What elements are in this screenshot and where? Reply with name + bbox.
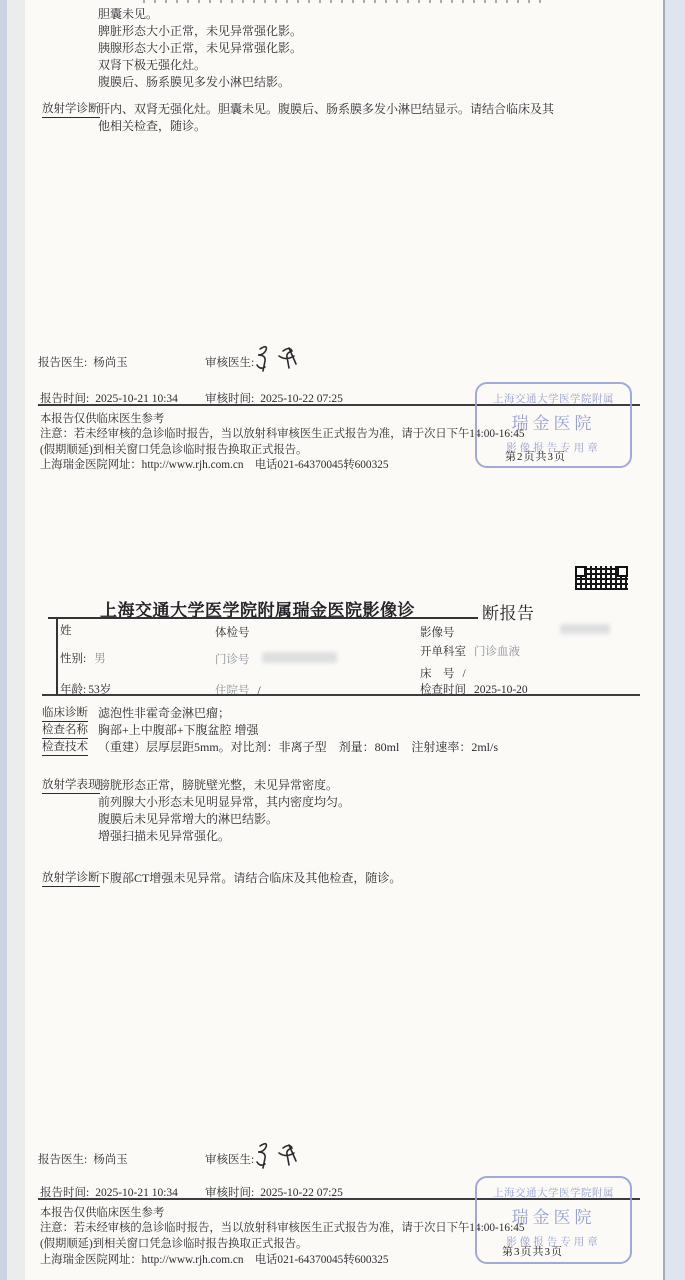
report-doctor-label: 报告医生: — [38, 357, 87, 369]
bed-label: 床 号 — [420, 668, 455, 680]
footer-note2: 注意：若未经审核的急诊临时报告，当以放射科审核医生正式报告为准，请于次日下午14… — [40, 425, 525, 441]
exam-no-label: 体检号 — [215, 624, 250, 640]
finding-line: 脾脏形态大小正常，未见异常强化影。 — [98, 22, 302, 39]
review-doctor-row: 审核医生: — [205, 1151, 254, 1167]
qr-finder-left — [575, 566, 586, 577]
diagnosis-text: 下腹部CT增强未见异常。请结合临床及其他检查，随诊。 — [98, 869, 401, 886]
dept-label: 开单科室 — [420, 646, 466, 658]
technique-label: 检查技术 — [42, 738, 88, 756]
photo-edge-right — [665, 0, 685, 1280]
finding-line: 胰腺形态大小正常，未见异常强化影。 — [98, 39, 302, 56]
stamp-line2: 瑞金医院 — [477, 409, 630, 434]
review-doctor-label: 审核医生: — [205, 1154, 254, 1166]
footer-note4: 上海瑞金医院网址：http://www.rjh.com.cn 电话021-643… — [40, 1251, 389, 1267]
gender-label: 性别: — [60, 653, 86, 665]
report-doctor-name: 杨尚玉 — [93, 357, 128, 369]
diagnosis-label: 放射学诊断 — [42, 869, 100, 887]
report-title-faded: 断报告 — [482, 599, 535, 624]
footer-note4: 上海瑞金医院网址：http://www.rjh.com.cn 电话021-643… — [40, 456, 389, 472]
outpatient-no-redacted-value — [262, 652, 337, 663]
image-no-redacted-value — [560, 624, 610, 634]
finding-line: 双肾下极无强化灶。 — [98, 56, 206, 73]
stamp-line2: 瑞金医院 — [477, 1203, 630, 1228]
outpatient-no-label: 门诊号 — [215, 651, 250, 667]
qr-code — [575, 566, 628, 590]
patient-name-label: 姓 — [60, 622, 72, 638]
footer-note3: (假期顺延)到相关窗口凭急诊临时报告换取正式报告。 — [40, 1235, 307, 1251]
page-number: 第3页共3页 — [502, 1243, 563, 1259]
bed-row: 床 号/ — [420, 665, 466, 681]
finding-line: 膀胱形态正常，膀胱壁光整，未见异常密度。 — [98, 776, 338, 793]
diagnosis-text-line1: 肝内、双肾无强化灶。胆囊未见。腹膜后、肠系膜多发小淋巴结显示。请结合临床及其 — [98, 100, 554, 117]
qr-finder-right — [617, 566, 628, 577]
report-doctor-row: 报告医生:杨尚玉 — [38, 1151, 128, 1167]
finding-line: 腹膜后未见异常增大的淋巴结影。 — [98, 810, 278, 827]
page-number: 第2页共3页 — [505, 448, 566, 464]
footer-note1: 本报告仅供临床医生参考 — [40, 1204, 164, 1220]
finding-line: 前列腺大小形态未见明显异常，其内密度均匀。 — [98, 793, 350, 810]
finding-line: 胆囊未见。 — [98, 5, 158, 22]
clipped-text-remnant — [143, 0, 543, 3]
diagnosis-label: 放射学诊断 — [42, 100, 100, 118]
report-doctor-name: 杨尚玉 — [93, 1154, 128, 1166]
diagnosis-text-line2: 他相关检查，随诊。 — [98, 117, 206, 134]
exam-name-label: 检查名称 — [42, 721, 88, 739]
bed-value: / — [463, 668, 466, 680]
report-doctor-row: 报告医生:杨尚玉 — [38, 354, 128, 370]
photo-edge-left — [0, 0, 7, 1280]
gender-value: 男 — [94, 653, 106, 665]
review-doctor-label: 审核医生: — [205, 357, 254, 369]
title-underline — [48, 617, 478, 619]
dept-value: 门诊血液 — [474, 646, 520, 658]
reviewer-signature — [250, 343, 308, 375]
report-paper — [25, 0, 663, 1280]
finding-line: 增强扫描未见异常强化。 — [98, 827, 230, 844]
image-no-label: 影像号 — [420, 624, 455, 640]
header-bottom-border — [42, 694, 640, 696]
exam-name-value: 胸部+上中腹部+下腹盆腔 增强 — [98, 721, 259, 738]
footer-note2: 注意：若未经审核的急诊临时报告，当以放射科审核医生正式报告为准，请于次日下午14… — [40, 1219, 525, 1235]
stamp-line1: 上海交通大学医学院附属 — [477, 1185, 630, 1200]
report-doctor-label: 报告医生: — [38, 1154, 87, 1166]
dept-row: 开单科室门诊血液 — [420, 643, 520, 659]
technique-value: （重建）层厚层距5mm。对比剂：非离子型 剂量：80ml 注射速率：2ml/s — [98, 738, 498, 755]
review-doctor-row: 审核医生: — [205, 354, 254, 370]
gender-row: 性别:男 — [60, 650, 106, 666]
page-gutter — [7, 0, 25, 1280]
findings-label: 放射学表现 — [42, 776, 100, 794]
info-table-left-border — [56, 618, 58, 694]
reviewer-signature — [250, 1140, 308, 1172]
footer-note3: (假期顺延)到相关窗口凭急诊临时报告换取正式报告。 — [40, 441, 307, 457]
stamp-line1: 上海交通大学医学院附属 — [477, 391, 630, 406]
clinical-diagnosis-value: 滤泡性非霍奇金淋巴瘤； — [98, 704, 230, 721]
finding-line: 腹膜后、肠系膜见多发小淋巴结影。 — [98, 73, 290, 90]
clinical-diagnosis-label: 临床诊断 — [42, 704, 88, 722]
footer-note1: 本报告仅供临床医生参考 — [40, 410, 164, 426]
